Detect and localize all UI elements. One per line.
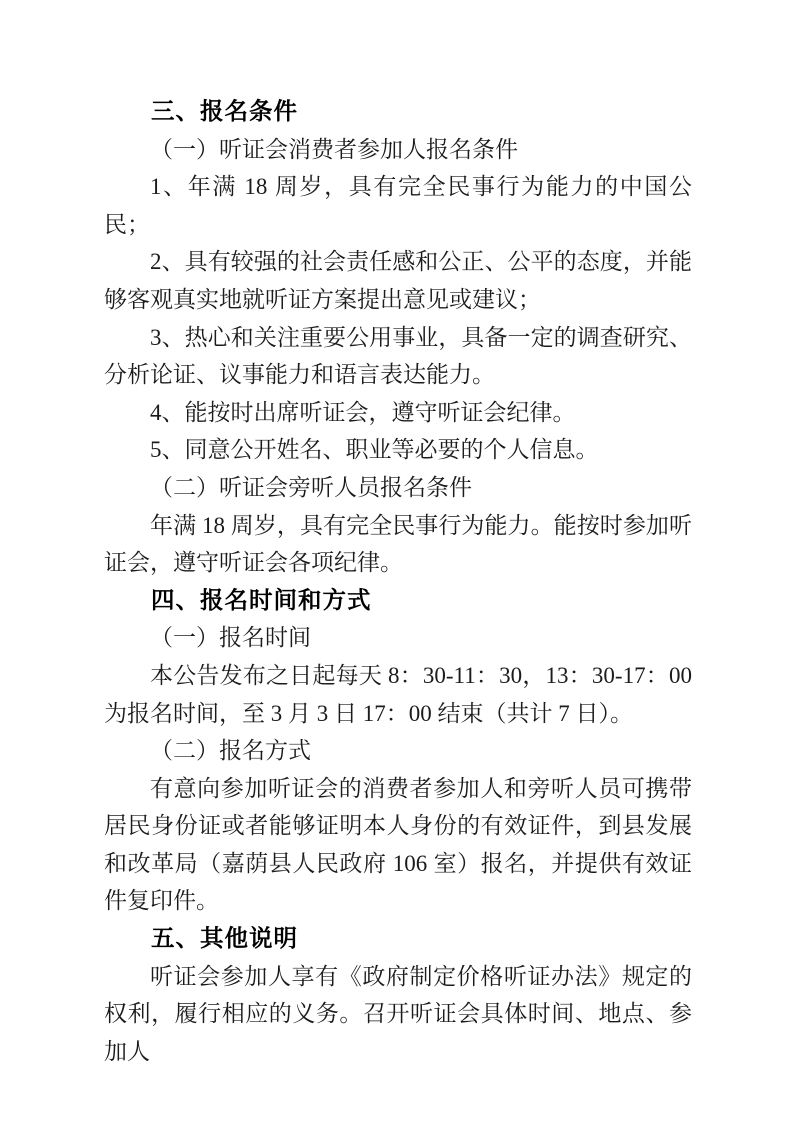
subsection-title: （一）听证会消费者参加人报名条件 bbox=[104, 131, 692, 169]
paragraph: 有意向参加听证会的消费者参加人和旁听人员可携带居民身份证或者能够证明本人身份的有… bbox=[104, 770, 692, 920]
section-heading-4: 四、报名时间和方式 bbox=[104, 582, 692, 620]
section-heading-3: 三、报名条件 bbox=[104, 93, 692, 131]
paragraph: 4、能按时出席听证会，遵守听证会纪律。 bbox=[104, 394, 692, 432]
paragraph: 本公告发布之日起每天 8：30-11：30，13：30-17：00 为报名时间，… bbox=[104, 657, 692, 732]
document-body: 三、报名条件 （一）听证会消费者参加人报名条件 1、年满 18 周岁，具有完全民… bbox=[104, 93, 692, 1070]
subsection-title: （一）报名时间 bbox=[104, 619, 692, 657]
paragraph: 5、同意公开姓名、职业等必要的个人信息。 bbox=[104, 431, 692, 469]
section-heading-5: 五、其他说明 bbox=[104, 920, 692, 958]
paragraph: 3、热心和关注重要公用事业，具备一定的调查研究、分析论证、议事能力和语言表达能力… bbox=[104, 319, 692, 394]
paragraph: 1、年满 18 周岁，具有完全民事行为能力的中国公民； bbox=[104, 168, 692, 243]
subsection-title: （二）报名方式 bbox=[104, 732, 692, 770]
paragraph: 2、具有较强的社会责任感和公正、公平的态度，并能够客观真实地就听证方案提出意见或… bbox=[104, 243, 692, 318]
subsection-title: （二）听证会旁听人员报名条件 bbox=[104, 469, 692, 507]
document-page: 三、报名条件 （一）听证会消费者参加人报名条件 1、年满 18 周岁，具有完全民… bbox=[0, 0, 793, 1122]
paragraph: 年满 18 周岁，具有完全民事行为能力。能按时参加听证会，遵守听证会各项纪律。 bbox=[104, 507, 692, 582]
paragraph: 听证会参加人享有《政府制定价格听证办法》规定的权利，履行相应的义务。召开听证会具… bbox=[104, 958, 692, 1071]
